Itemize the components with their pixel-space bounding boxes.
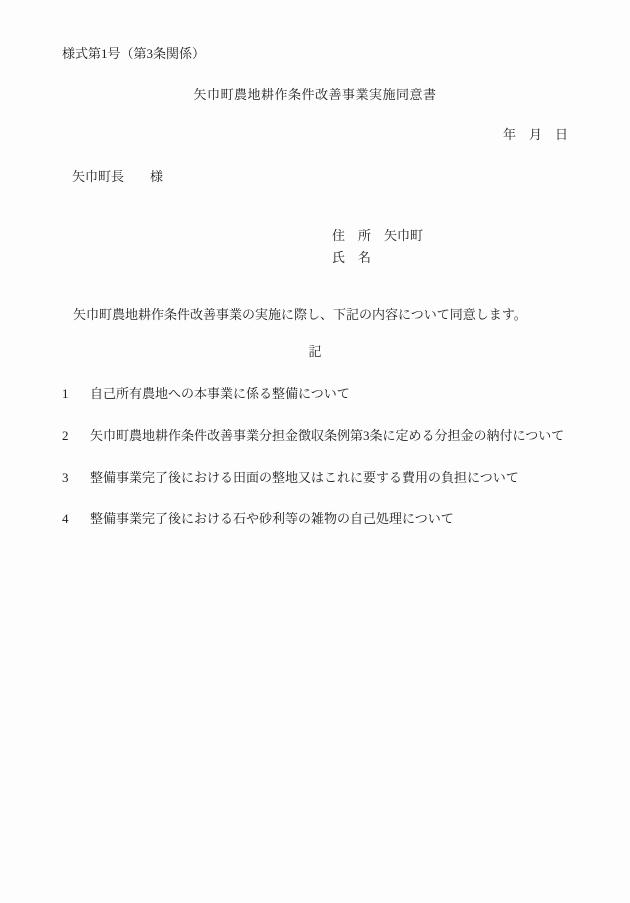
addressee-line: 矢巾町長 様 [72, 168, 163, 187]
document-title: 矢巾町農地耕作条件改善事業実施同意書 [0, 86, 630, 105]
list-item: 2 矢巾町農地耕作条件改善事業分担金徴収条例第3条に定める分担金の納付について [62, 427, 564, 446]
item-text: 整備事業完了後における田面の整地又はこれに要する費用の負担について [90, 469, 519, 488]
item-number: 4 [62, 510, 90, 529]
list-item: 4 整備事業完了後における石や砂利等の雑物の自己処理について [62, 510, 454, 529]
name-line: 氏 名 [332, 249, 371, 268]
address-line: 住 所 矢巾町 [332, 227, 423, 246]
body-paragraph: 矢巾町農地耕作条件改善事業の実施に際し、下記の内容について同意します。 [73, 306, 527, 325]
list-item: 3 整備事業完了後における田面の整地又はこれに要する費用の負担について [62, 469, 519, 488]
form-number: 様式第1号（第3条関係） [62, 45, 205, 64]
item-text: 整備事業完了後における石や砂利等の雑物の自己処理について [90, 510, 454, 529]
item-text: 矢巾町農地耕作条件改善事業分担金徴収条例第3条に定める分担金の納付について [90, 427, 564, 446]
item-number: 1 [62, 385, 90, 404]
item-number: 2 [62, 427, 90, 446]
document-page: 様式第1号（第3条関係） 矢巾町農地耕作条件改善事業実施同意書 年 月 日 矢巾… [0, 0, 630, 903]
item-text: 自己所有農地への本事業に係る整備について [90, 385, 350, 404]
list-item: 1 自己所有農地への本事業に係る整備について [62, 385, 350, 404]
item-number: 3 [62, 469, 90, 488]
list-heading: 記 [0, 343, 630, 362]
date-line: 年 月 日 [503, 126, 568, 145]
